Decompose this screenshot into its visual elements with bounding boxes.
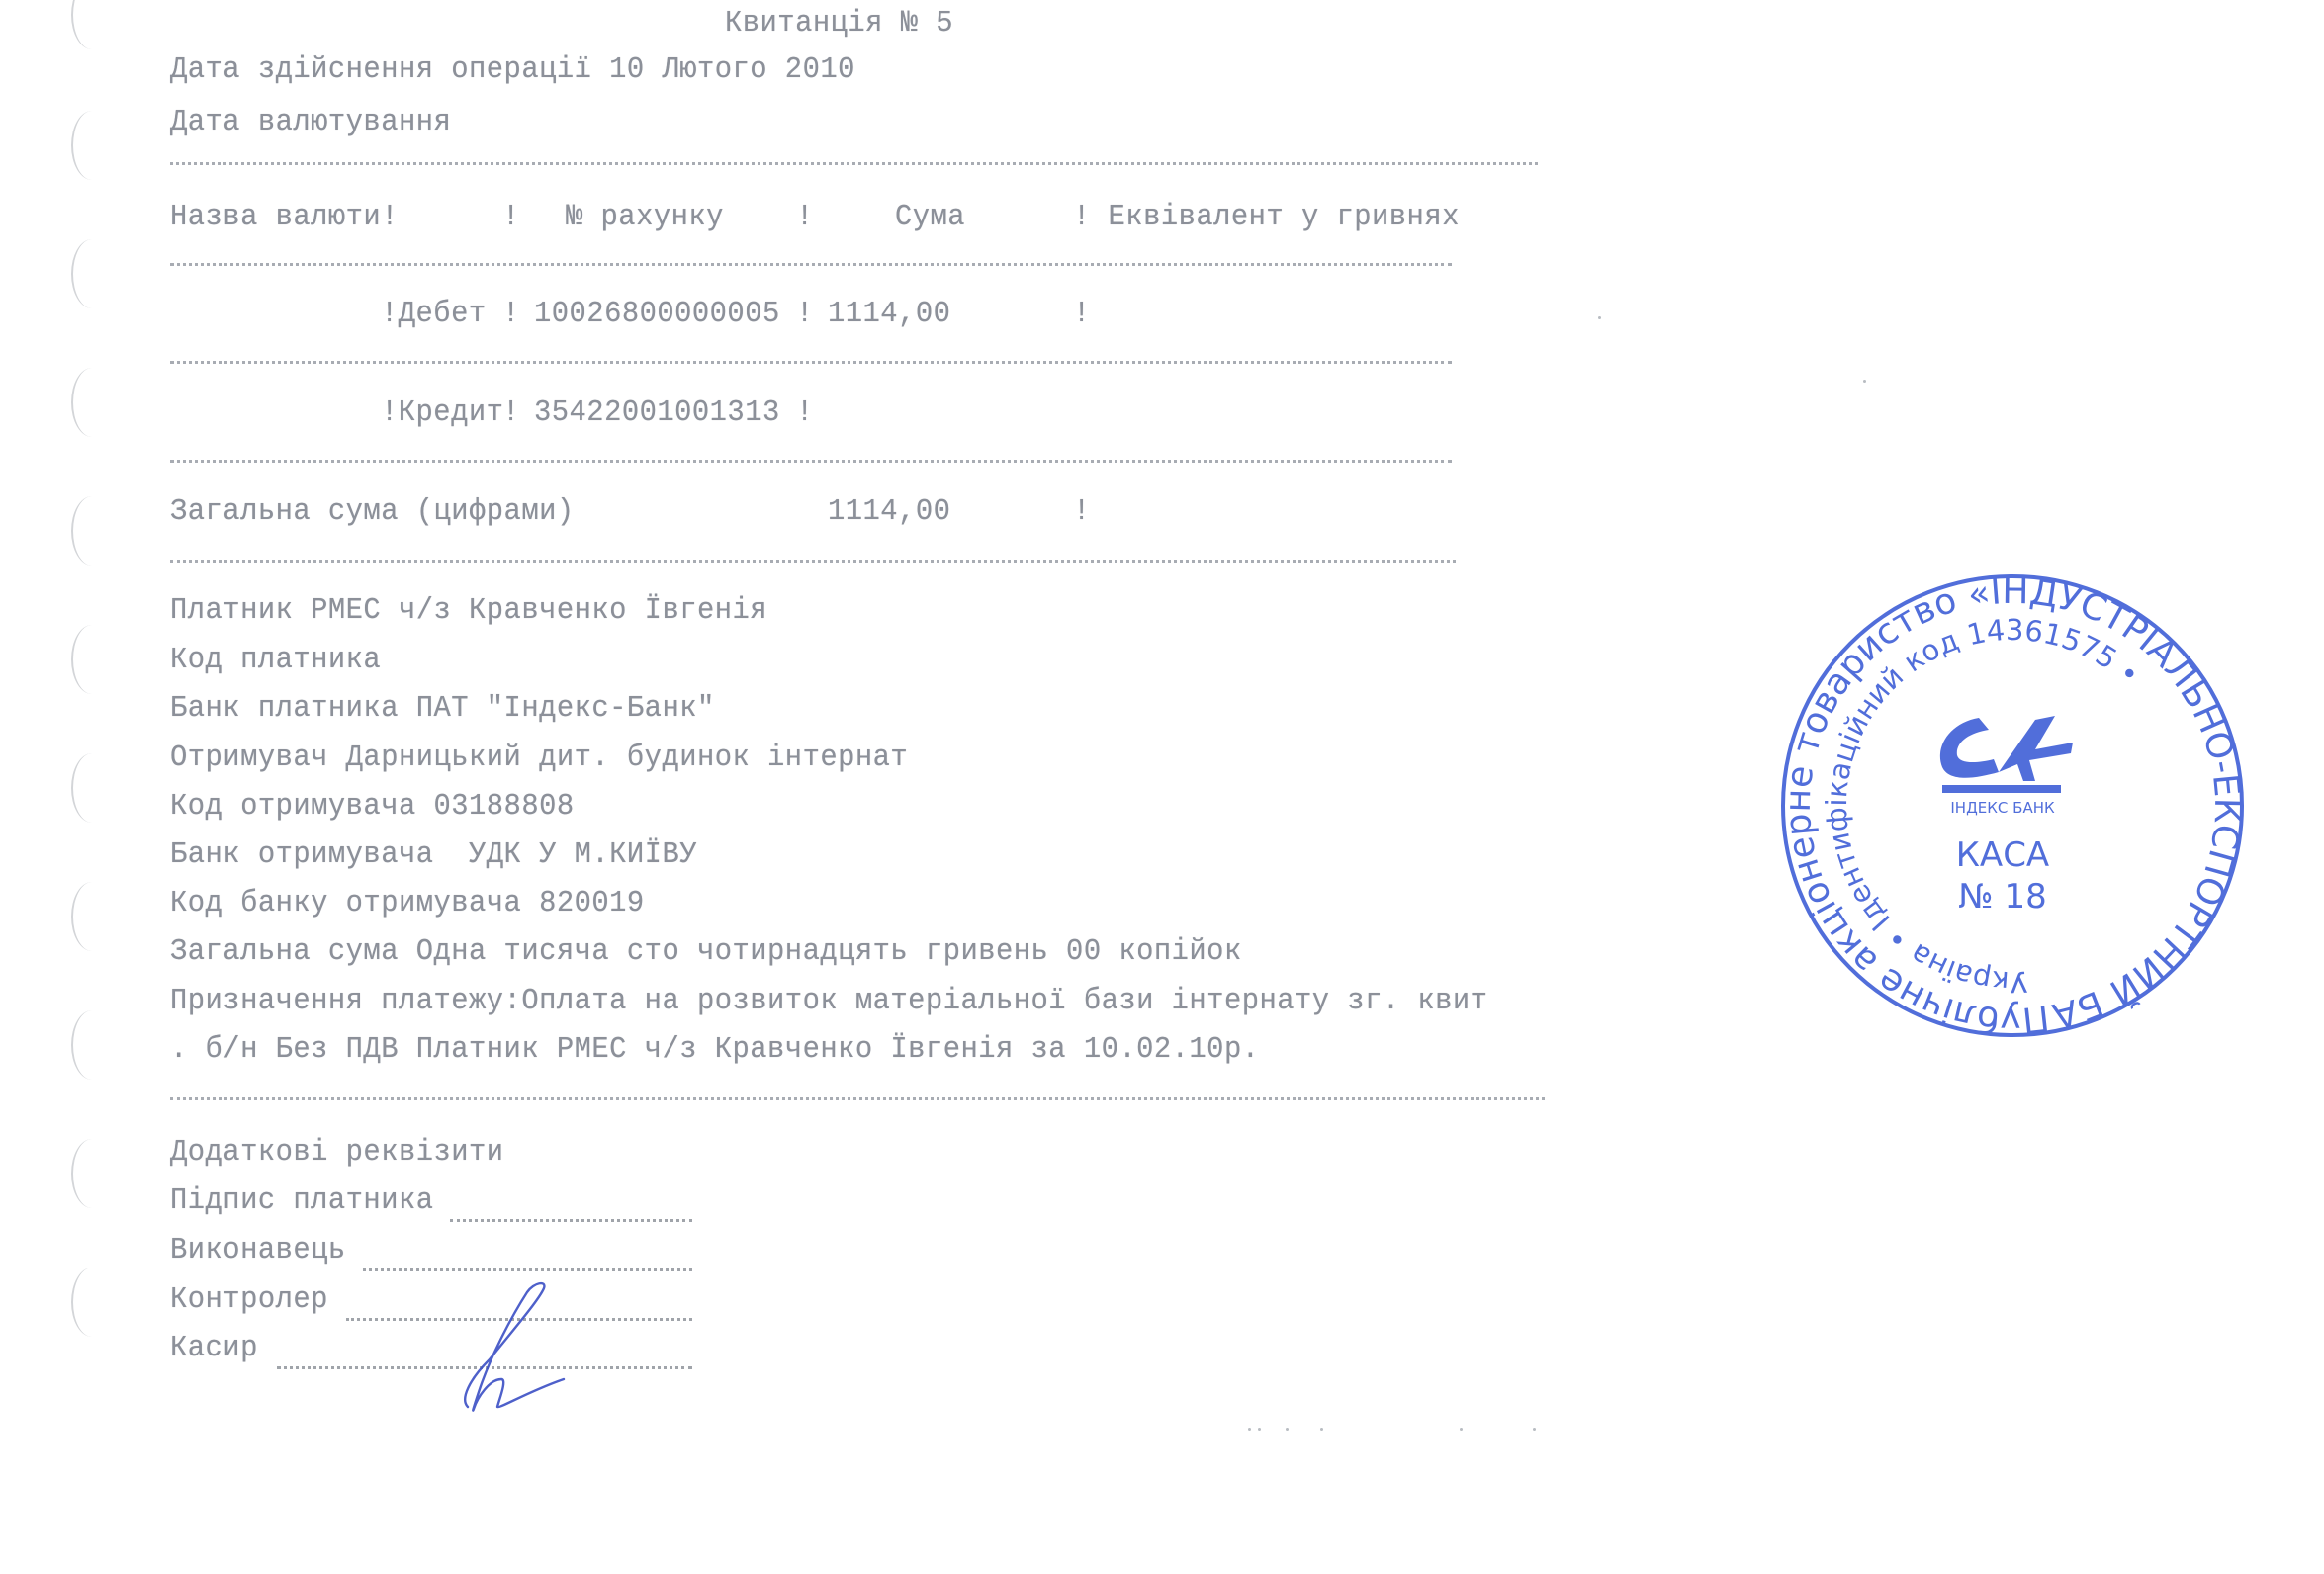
punch-hole-mark	[71, 882, 113, 951]
column-divider: !	[796, 297, 814, 332]
receipt-title: Квитанція № 5	[725, 6, 953, 42]
credit-account: 35422001001313	[534, 395, 780, 431]
stamp-cash-desk: КАСА	[1956, 835, 2049, 875]
row-label-credit: !Кредит	[381, 395, 503, 431]
print-speck	[1533, 1428, 1536, 1431]
total-label: Загальна сума (цифрами)	[170, 494, 575, 530]
punch-hole-mark	[71, 625, 113, 694]
column-divider: !	[502, 297, 520, 332]
payment-purpose-line-1: Призначення платежу:Оплата на розвиток м…	[170, 984, 1487, 1019]
executor-label: Виконавець	[170, 1233, 346, 1268]
debit-account: 10026800000005	[534, 297, 780, 332]
punch-hole-mark	[71, 0, 113, 49]
separator-line	[170, 263, 1452, 266]
column-divider: !	[796, 395, 814, 431]
punch-hole-mark	[71, 1139, 113, 1208]
total-in-words: Загальна сума Одна тисяча сто чотирнадця…	[170, 934, 1242, 970]
recipient-bank: Банк отримувача УДК У М.КИЇВУ	[170, 837, 697, 873]
bank-logo-icon	[1940, 716, 2073, 793]
total-amount: 1114,00	[828, 494, 950, 530]
recipient: Отримувач Дарницький дит. будинок інтерн…	[170, 741, 908, 776]
punch-hole-mark	[71, 111, 113, 180]
punch-hole-mark	[71, 368, 113, 437]
separator-line	[170, 460, 1452, 463]
stamp-logo-caption: ІНДЕКС БАНК	[1950, 799, 2055, 817]
payment-purpose-line-2: . б/н Без ПДВ Платник РМЕС ч/з Кравченко…	[170, 1032, 1259, 1068]
column-divider: !	[502, 395, 520, 431]
print-speck	[1258, 1428, 1261, 1431]
recipient-bank-code: Код банку отримувача 820019	[170, 886, 645, 921]
column-divider: !	[1073, 494, 1091, 530]
payer-bank: Банк платника ПАТ "Індекс-Банк"	[170, 691, 715, 727]
payer: Платник РМЕС ч/з Кравченко Ївгенія	[170, 593, 767, 629]
cashier-label: Касир	[170, 1331, 258, 1366]
executor-signature-line	[363, 1268, 692, 1271]
additional-details-label: Додаткові реквізити	[170, 1135, 504, 1171]
bank-stamp: Публічне акціонерне товариство «ІНДУСТРІ…	[1776, 569, 2249, 1042]
payer-code: Код платника	[170, 643, 381, 678]
punch-hole-mark	[71, 496, 113, 566]
print-speck	[1286, 1428, 1289, 1431]
punch-hole-mark	[71, 239, 113, 308]
receipt-page: Квитанція № 5 Дата здійснення операції 1…	[0, 0, 2324, 1574]
punch-hole-mark	[71, 753, 113, 823]
punch-hole-mark	[71, 1268, 113, 1337]
punch-hole-mark	[71, 1010, 113, 1080]
separator-line	[170, 162, 1538, 165]
row-label-debit: !Дебет	[381, 297, 487, 332]
separator-line	[170, 361, 1452, 364]
separator-line	[170, 1097, 1545, 1100]
column-header-amount: Сума	[895, 200, 965, 235]
value-date: Дата валютування	[170, 105, 451, 140]
column-divider: !	[1073, 297, 1091, 332]
payer-signature-label: Підпис платника	[170, 1183, 433, 1219]
print-speck	[1248, 1428, 1251, 1431]
separator-line	[170, 560, 1456, 563]
handwritten-signature	[450, 1280, 588, 1419]
column-header-currency: Назва валюти!	[170, 200, 399, 235]
stamp-cash-desk-number: № 18	[1958, 877, 2046, 917]
column-header-uah-equivalent: ! Еквівалент у гривнях	[1073, 200, 1460, 235]
print-speck	[1598, 316, 1601, 319]
payer-signature-line	[450, 1219, 692, 1222]
print-speck	[1460, 1428, 1463, 1431]
print-speck	[1320, 1428, 1323, 1431]
debit-amount: 1114,00	[828, 297, 950, 332]
print-speck	[1863, 380, 1866, 383]
recipient-code: Код отримувача 03188808	[170, 789, 575, 825]
controller-label: Контролер	[170, 1282, 328, 1318]
operation-date: Дата здійснення операції 10 Лютого 2010	[170, 52, 855, 88]
column-divider: !	[502, 200, 520, 235]
column-header-account: № рахунку	[566, 200, 724, 235]
column-divider: !	[796, 200, 814, 235]
